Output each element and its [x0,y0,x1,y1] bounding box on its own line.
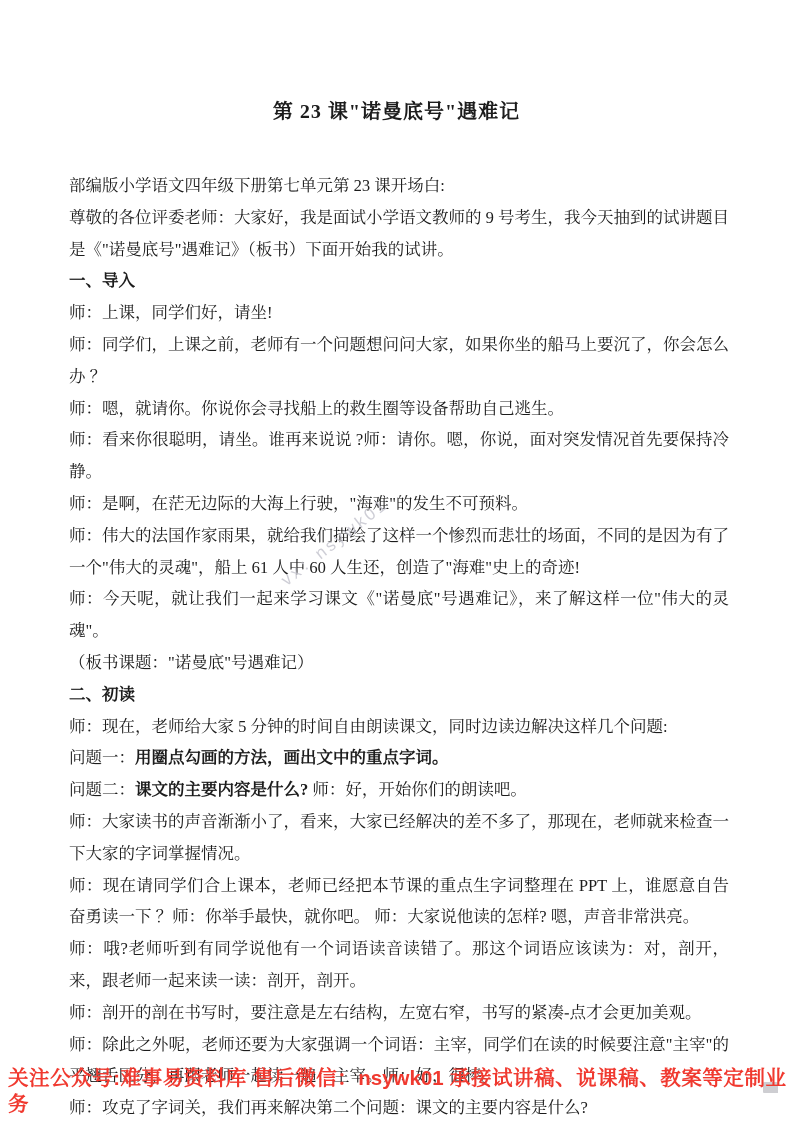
text-run: 师：大家读书的声音渐渐小了，看来，大家已经解决的差不多了，那现在，老师就来检查一… [69,812,729,863]
text-run: 师：哦?老师听到有同学说他有一个词语读音读错了。那这个词语应该读为：对，剖开，来… [69,939,729,990]
document-body: 部编版小学语文四年级下册第七单元第 23 课开场白:尊敬的各位评委老师：大家好，… [0,170,793,1122]
paragraph: 师：嗯，就请你。你说你会寻找船上的救生圈等设备帮助自己逃生。 [69,393,729,425]
bold-text-run: 用圈点勾画的方法，画出文中的重点字词。 [135,748,449,767]
section-heading: 一、导入 [69,265,729,297]
text-run: 尊敬的各位评委老师：大家好，我是面试小学语文教师的 9 号考生，我今天抽到的试讲… [69,208,729,259]
promo-footer: 关注公众号:难事易资料库 售后微信：nsywk01 承接试讲稿、说课稿、教案等定… [8,1066,786,1118]
paragraph: 师：看来你很聪明，请坐。谁再来说说 ?师：请你。嗯，你说，面对突发情况首先要保持… [69,424,729,488]
paragraph: 尊敬的各位评委老师：大家好，我是面试小学语文教师的 9 号考生，我今天抽到的试讲… [69,202,729,266]
paragraph: 师：今天呢，就让我们一起来学习课文《"诺曼底"号遇难记》，来了解这样一位"伟大的… [69,583,729,647]
paragraph: 师：剖开的剖在书写时，要注意是左右结构，左宽右窄，书写的紧凑-点才会更加美观。 [69,997,729,1029]
text-run: （板书课题："诺曼底"号遇难记） [69,653,313,672]
paragraph: 师：大家读书的声音渐渐小了，看来，大家已经解决的差不多了，那现在，老师就来检查一… [69,806,729,870]
paragraph: （板书课题："诺曼底"号遇难记） [69,647,729,679]
text-run: 师：上课，同学们好，请坐! [69,303,273,322]
text-run: 师：剖开的剖在书写时，要注意是左右结构，左宽右窄，书写的紧凑-点才会更加美观。 [69,1003,702,1022]
text-run: 师：好，开始你们的朗读吧。 [312,780,527,799]
paragraph: 师：现在，老师给大家 5 分钟的时间自由朗读课文，同时边读边解决这样几个问题: [69,711,729,743]
bold-text-run: 课文的主要内容是什么? [135,780,312,799]
paragraph: 师：现在请同学们合上课本，老师已经把本节课的重点生字词整理在 PPT 上，谁愿意… [69,870,729,934]
paragraph: 问题一：用圈点勾画的方法，画出文中的重点字词。 [69,742,729,774]
paragraph: 师：同学们，上课之前，老师有一个问题想问问大家，如果你坐的船马上要沉了，你会怎么… [69,329,729,393]
bold-text-run: 二、初读 [69,685,135,704]
document-page: 第 23 课"诺曼底号"遇难记 部编版小学语文四年级下册第七单元第 23 课开场… [0,0,793,1122]
text-run: 部编版小学语文四年级下册第七单元第 23 课开场白: [69,176,445,195]
section-heading: 二、初读 [69,679,729,711]
text-run: 师：同学们，上课之前，老师有一个问题想问问大家，如果你坐的船马上要沉了，你会怎么… [69,335,729,386]
text-run: 师：是啊，在茫无边际的大海上行驶，"海难"的发生不可预料。 [69,494,528,513]
text-run: 师：现在，老师给大家 5 分钟的时间自由朗读课文，同时边读边解决这样几个问题: [69,717,668,736]
paragraph: 部编版小学语文四年级下册第七单元第 23 课开场白: [69,170,729,202]
text-run: 问题一： [69,748,135,767]
paragraph: 师：是啊，在茫无边际的大海上行驶，"海难"的发生不可预料。 [69,488,729,520]
paragraph: 师：伟大的法国作家雨果，就给我们描绘了这样一个惨烈而悲壮的场面，不同的是因为有了… [69,520,729,584]
promo-footer-text: 关注公众号:难事易资料库 售后微信：nsywk01 承接试讲稿、说课稿、教案等定… [8,1067,786,1116]
text-run: 师：看来你很聪明，请坐。谁再来说说 ?师：请你。嗯，你说，面对突发情况首先要保持… [69,430,729,481]
document-title: 第 23 课"诺曼底号"遇难记 [0,0,793,124]
text-run: 问题二： [69,780,135,799]
paragraph: 师：上课，同学们好，请坐! [69,297,729,329]
text-run: 师：嗯，就请你。你说你会寻找船上的救生圈等设备帮助自己逃生。 [69,399,564,418]
text-run: 师：今天呢，就让我们一起来学习课文《"诺曼底"号遇难记》，来了解这样一位"伟大的… [69,589,729,640]
paragraph: 师：哦?老师听到有同学说他有一个词语读音读错了。那这个词语应该读为：对，剖开，来… [69,933,729,997]
text-run: 师：现在请同学们合上课本，老师已经把本节课的重点生字词整理在 PPT 上，谁愿意… [69,876,729,927]
text-run: 师：伟大的法国作家雨果，就给我们描绘了这样一个惨烈而悲壮的场面，不同的是因为有了… [69,526,729,577]
bold-text-run: 一、导入 [69,271,135,290]
paragraph: 问题二：课文的主要内容是什么? 师：好，开始你们的朗读吧。 [69,774,729,806]
